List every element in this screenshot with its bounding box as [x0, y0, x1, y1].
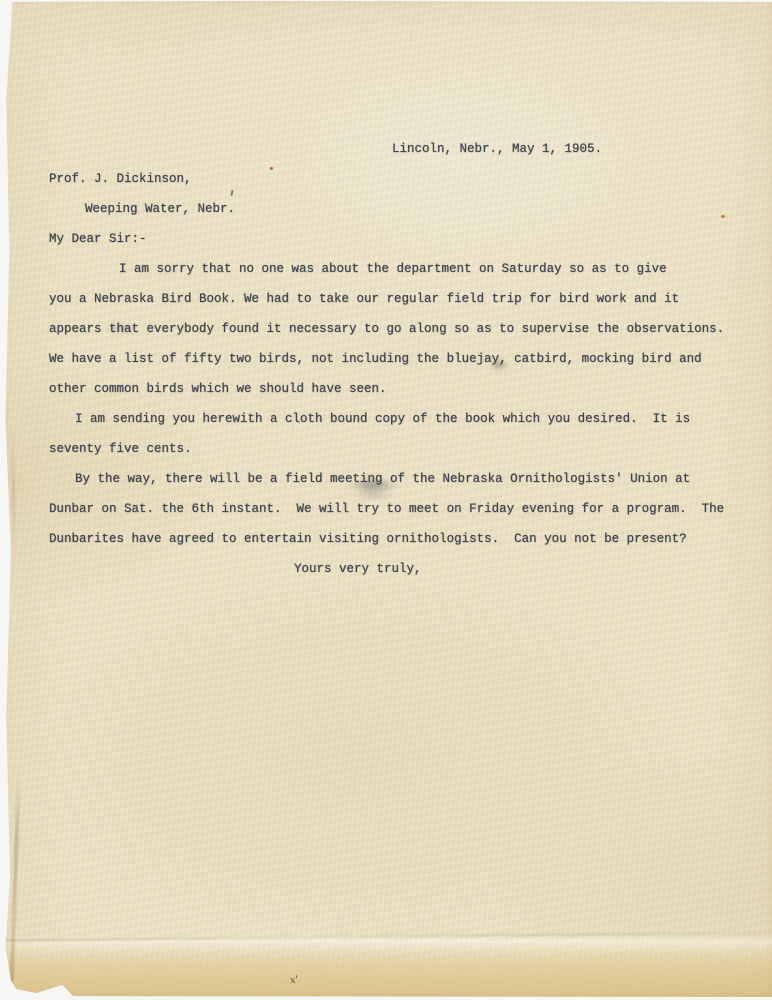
recipient-name: Prof. J. Dickinson,	[49, 164, 772, 194]
pencil-mark: x'	[289, 974, 299, 986]
recipient-address: Weeping Water, Nebr.	[49, 194, 772, 224]
dateline: Lincoln, Nebr., May 1, 1905.	[49, 134, 772, 164]
body-line: We have a list of fifty two birds, not i…	[49, 344, 772, 374]
body-line: you a Nebraska Bird Book. We had to take…	[49, 284, 772, 314]
fold-crease-left-middle	[11, 431, 16, 561]
fold-crease-left-lower	[9, 773, 21, 995]
letter-text: Lincoln, Nebr., May 1, 1905. Prof. J. Di…	[49, 134, 772, 584]
body-line: I am sorry that no one was about the dep…	[49, 254, 772, 284]
scan-bed: Lincoln, Nebr., May 1, 1905. Prof. J. Di…	[0, 0, 772, 1000]
salutation: My Dear Sir:-	[49, 224, 772, 254]
fold-crease-bottom	[4, 931, 772, 942]
closing: Yours very truly,	[49, 554, 772, 584]
body-line: appears that everybody found it necessar…	[49, 314, 772, 344]
body-line: I am sending you herewith a cloth bound …	[49, 404, 772, 434]
body-line: seventy five cents.	[49, 434, 772, 464]
body-line: By the way, there will be a field meetin…	[49, 464, 772, 494]
body-line: Dunbarites have agreed to entertain visi…	[49, 524, 772, 554]
body-line: other common birds which we should have …	[49, 374, 772, 404]
body-line: Dunbar on Sat. the 6th instant. We will …	[49, 494, 772, 524]
letter-page: Lincoln, Nebr., May 1, 1905. Prof. J. Di…	[4, 1, 772, 997]
